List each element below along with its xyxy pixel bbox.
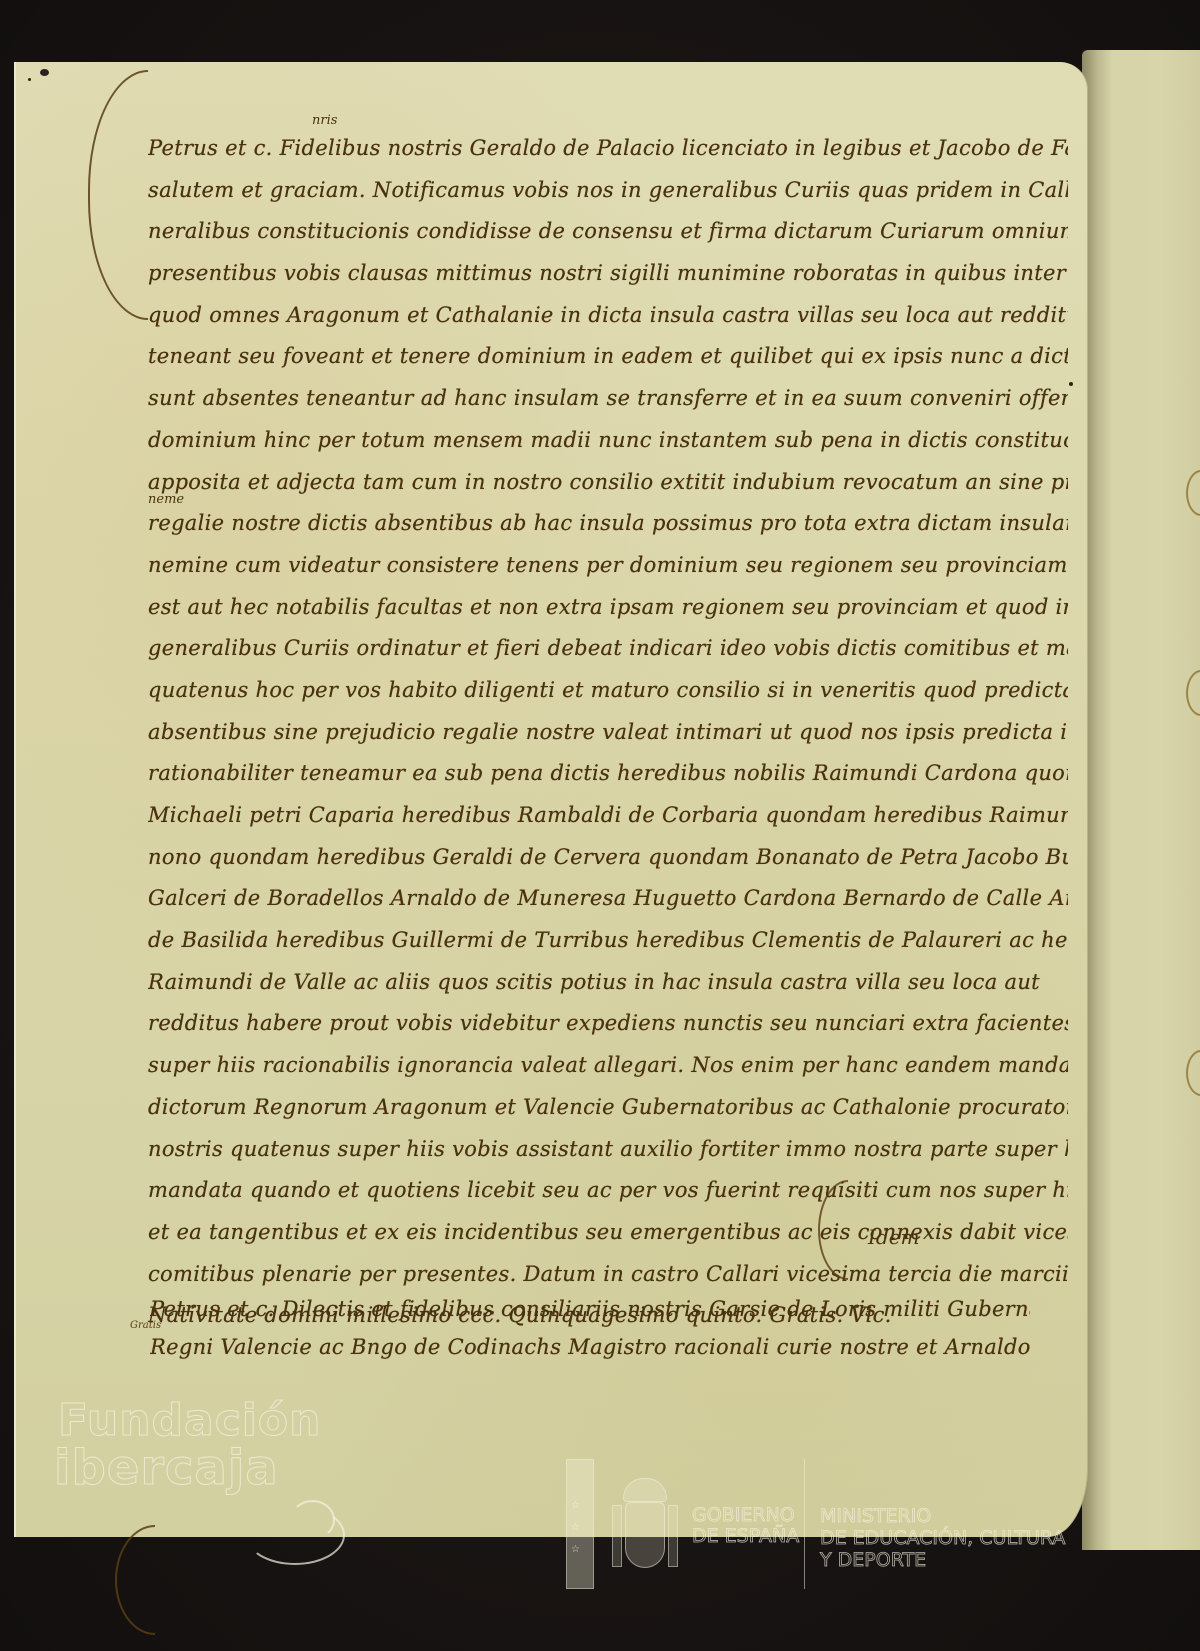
manuscript-line: Petrus et c. Dilectis et fidelibus consi…: [150, 1290, 1030, 1328]
star-icon: ☆: [571, 1522, 580, 1533]
star-icon: ☆: [571, 1500, 580, 1511]
spain-flag-icon: ☆ ☆ ☆: [566, 1459, 594, 1589]
watermark-gobierno: GOBIERNO DE ESPAÑA: [692, 1505, 799, 1547]
manuscript-line: quod omnes Aragonum et Cathalanie in dic…: [148, 295, 1068, 337]
manuscript-line: Petrus et c. Fidelibus nostris Geraldo d…: [148, 128, 1068, 170]
manuscript-line: salutem et graciam. Notificamus vobis no…: [148, 170, 1068, 212]
watermark-text: Y DEPORTE: [820, 1549, 1065, 1571]
second-entry-text: Petrus et c. Dilectis et fidelibus consi…: [150, 1290, 1030, 1366]
facing-page: [1082, 50, 1200, 1550]
manuscript-line: de Basilida heredibus Guillermi de Turri…: [148, 920, 1068, 962]
manuscript-line: rationabiliter teneamur ea sub pena dict…: [148, 753, 1068, 795]
watermark-text: MINISTERIO: [820, 1505, 1065, 1527]
manuscript-line: dictorum Regnorum Aragonum et Valencie G…: [148, 1087, 1068, 1129]
ink-bleed-mark: [1186, 670, 1200, 716]
manuscript-line: Michaeli petri Caparia heredibus Rambald…: [148, 795, 1068, 837]
manuscript-line: absentibus sine prejudicio regalie nostr…: [148, 712, 1068, 754]
manuscript-line: nemine cum videatur consistere tenens pe…: [148, 545, 1068, 587]
manuscript-line: Raimundi de Valle ac aliis quos scitis p…: [148, 962, 1068, 1004]
manuscript-line: super hiis racionabilis ignorancia valea…: [148, 1045, 1068, 1087]
star-icon: ☆: [571, 1544, 580, 1555]
watermark-divider: [804, 1459, 805, 1589]
manuscript-line: dominium hinc per totum mensem madii nun…: [148, 420, 1068, 462]
main-entry-text: Petrus et c. Fidelibus nostris Geraldo d…: [148, 128, 1068, 1337]
manuscript-line: Regni Valencie ac Bngo de Codinachs Magi…: [150, 1328, 1030, 1366]
manuscript-line: presentibus vobis clausas mittimus nostr…: [148, 253, 1068, 295]
watermark-text: DE EDUCACIÓN, CULTURA: [820, 1527, 1065, 1549]
ink-bleed-mark: [1186, 1050, 1200, 1096]
manuscript-line: nostris quatenus super hiis vobis assist…: [148, 1129, 1068, 1171]
wormhole: [1069, 382, 1073, 386]
coat-of-arms-pillar-icon: [612, 1505, 622, 1567]
coat-of-arms-icon: [625, 1502, 665, 1568]
manuscript-line: Galceri de Boradellos Arnaldo de Muneres…: [148, 878, 1068, 920]
manuscript-line: sunt absentes teneantur ad hanc insulam …: [148, 378, 1068, 420]
manuscript-line: comitibus plenarie per presentes. Datum …: [148, 1254, 1068, 1296]
watermark-ministerio: MINISTERIO DE EDUCACIÓN, CULTURA Y DEPOR…: [820, 1505, 1065, 1571]
watermark-text: DE ESPAÑA: [692, 1526, 799, 1547]
manuscript-line: regalie nostre dictis absentibus ab hac …: [148, 503, 1068, 545]
coat-of-arms-pillar-icon: [668, 1505, 678, 1567]
manuscript-line: est aut hec notabilis facultas et non ex…: [148, 587, 1068, 629]
manuscript-line: et ea tangentibus et ex eis incidentibus…: [148, 1212, 1068, 1254]
ink-bleed-mark: [1186, 470, 1200, 516]
wormhole: [28, 78, 31, 81]
interlinear-insertion: nris: [312, 113, 337, 128]
manuscript-line: mandata quando et quotiens licebit seu a…: [148, 1170, 1068, 1212]
manuscript-line: nono quondam heredibus Geraldi de Cerver…: [148, 837, 1068, 879]
watermark-text: GOBIERNO: [692, 1505, 799, 1526]
registration-mark: Idem: [868, 1225, 920, 1249]
manuscript-line: redditus habere prout vobis videbitur ex…: [148, 1003, 1068, 1045]
ibercaja-logo-icon: [290, 1500, 335, 1540]
manuscript-line: generalibus Curiis ordinatur et fieri de…: [148, 628, 1068, 670]
manuscript-line: teneant seu foveant et tenere dominium i…: [148, 336, 1068, 378]
wormhole: [40, 69, 49, 76]
manuscript-line: quatenus hoc per vos habito diligenti et…: [148, 670, 1068, 712]
manuscript-line: apposita et adjecta tam cum in nostro co…: [148, 462, 1068, 504]
manuscript-line: neralibus constitucionis condidisse de c…: [148, 211, 1068, 253]
